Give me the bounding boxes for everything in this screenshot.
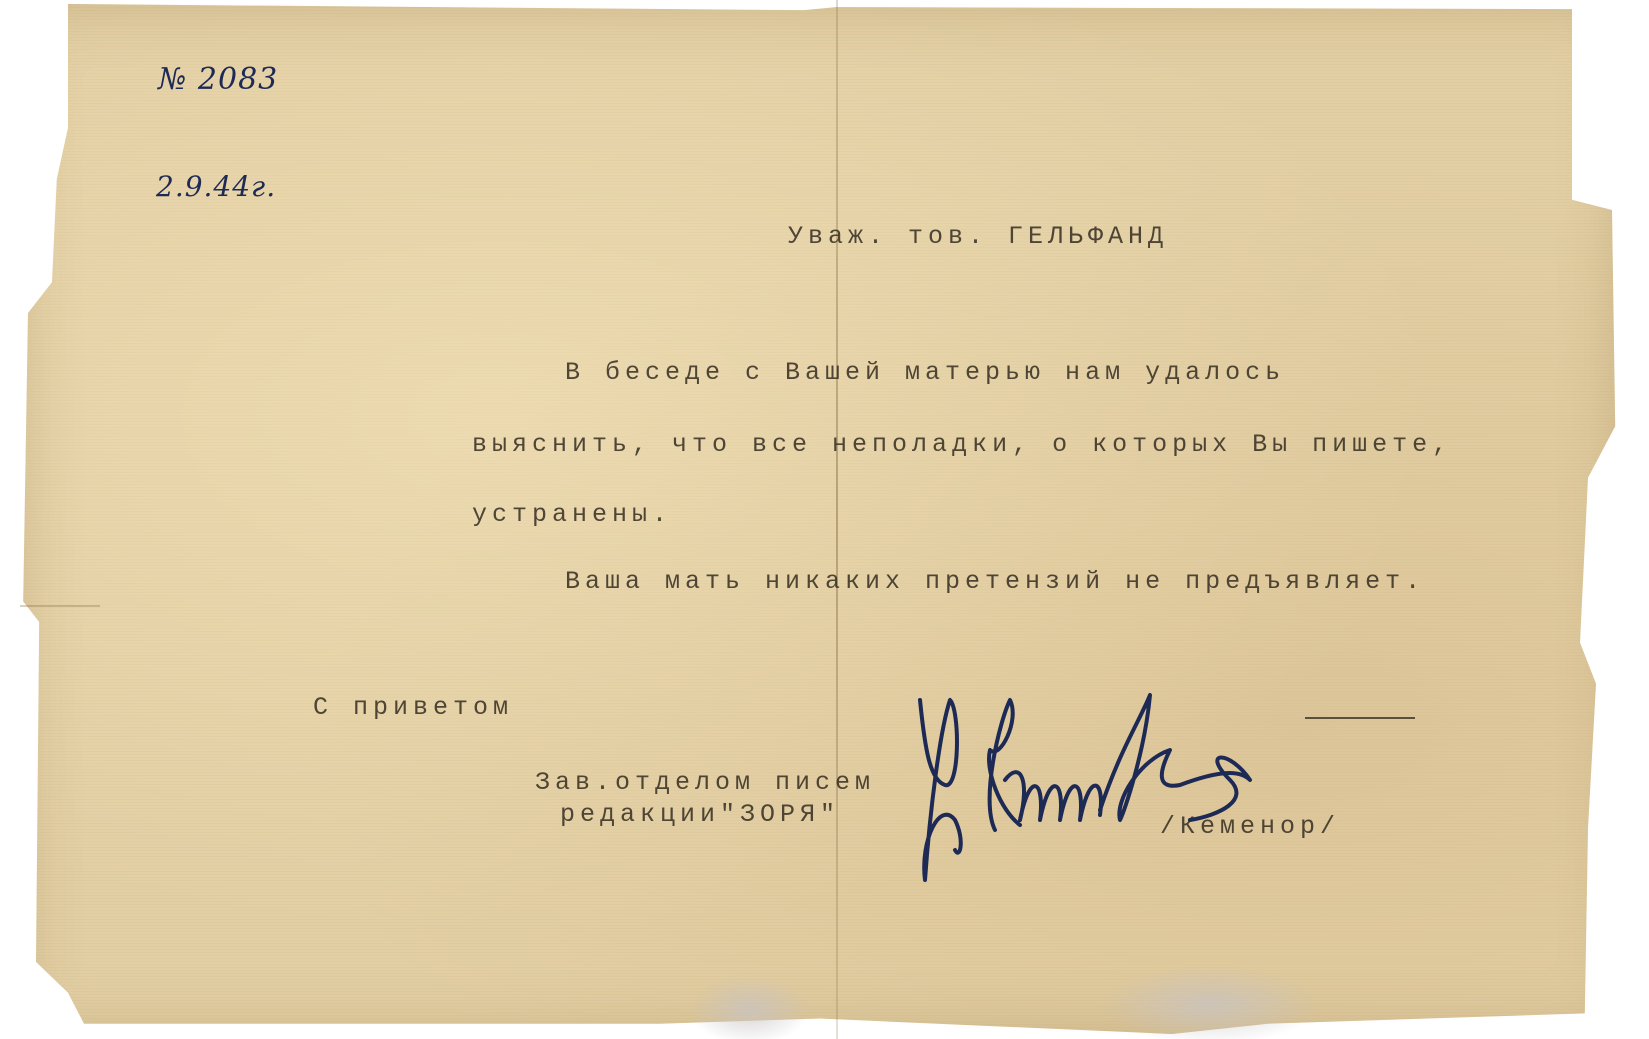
body-line-4: Ваша мать никаких претензий не предъявля… <box>565 567 1425 596</box>
closing-greeting: С приветом <box>313 693 513 722</box>
water-stain <box>1100 965 1320 1039</box>
signatory-title-line-1: Зав.отделом писем <box>535 768 875 797</box>
signature-rule <box>1305 717 1415 719</box>
handwritten-signature <box>900 690 1320 890</box>
water-stain <box>690 975 810 1039</box>
body-line-1: В беседе с Вашей матерью нам удалось <box>565 358 1285 387</box>
addressee-line: Уваж. тов. ГЕЛЬФАНД <box>788 222 1168 251</box>
signatory-title-line-2: редакции"ЗОРЯ" <box>560 800 840 829</box>
letter-paper <box>20 4 1620 1034</box>
body-line-3: устранены. <box>472 500 672 529</box>
handwritten-number: № 2083 <box>158 62 278 97</box>
body-line-2: выяснить, что все неполадки, о которых В… <box>472 430 1452 459</box>
handwritten-date: 2.9.44г. <box>156 170 276 203</box>
vertical-fold-crease <box>836 0 838 1039</box>
horizontal-fold-crease <box>20 605 100 607</box>
